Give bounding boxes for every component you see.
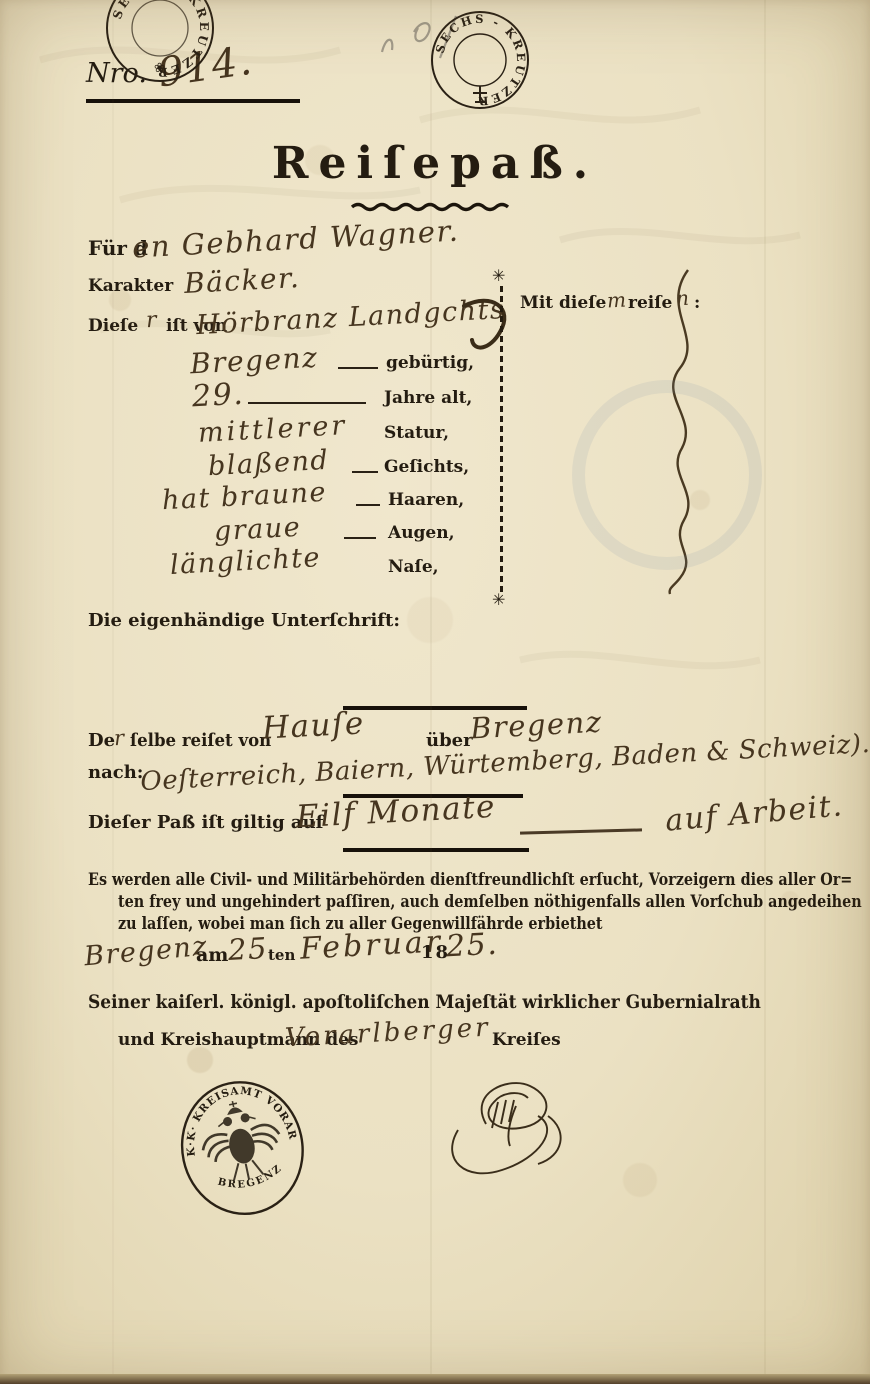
revenue-stamp: SECHS - KREUTZER [428, 8, 532, 112]
passport-document: SECHS - KREUTZER ❀ Nro. 914. SECHS - KRE… [0, 0, 870, 1384]
rosette-icon: ❀ [154, 61, 165, 76]
page-bottom-edge [0, 1374, 870, 1384]
bleedthrough-marks [0, 0, 870, 1384]
corner-tax-stamp: SECHS - KREUTZER ❀ [92, 0, 232, 90]
